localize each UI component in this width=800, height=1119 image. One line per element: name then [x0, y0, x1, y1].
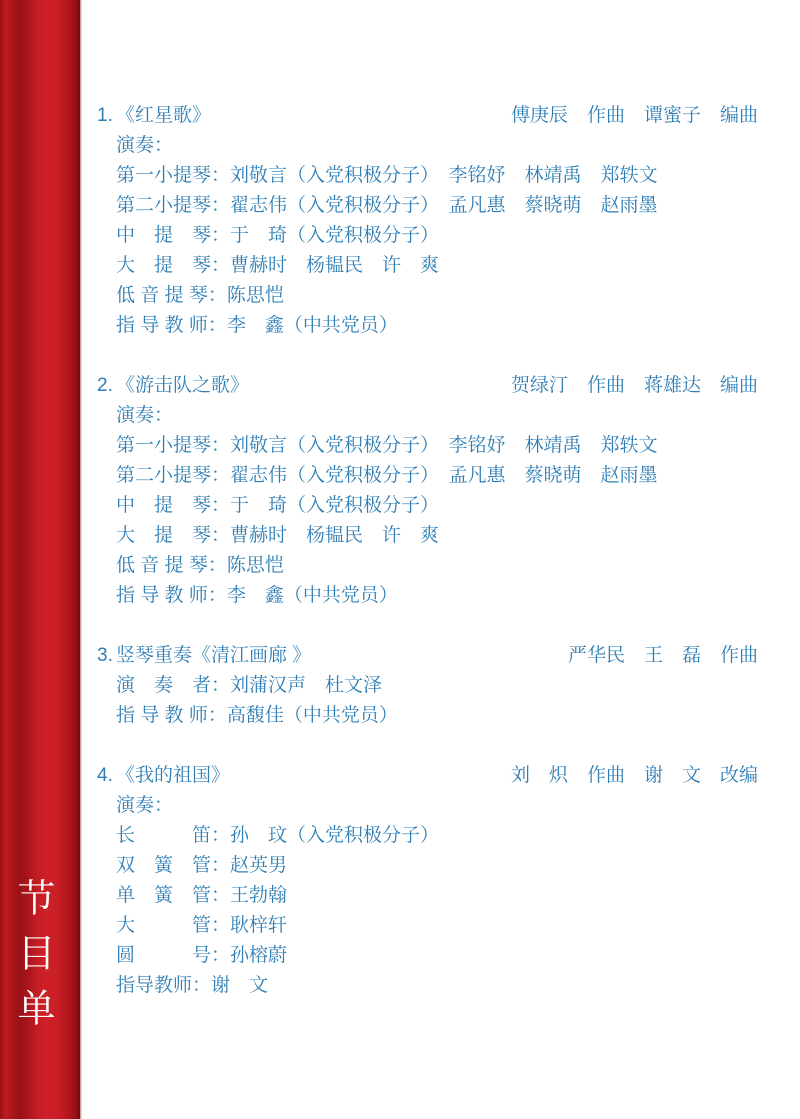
program-line: 中 提 琴：于 琦（入党积极分子） [116, 491, 758, 521]
item-title: 《游击队之歌》 [116, 371, 249, 401]
item-body: 演奏：第一小提琴：刘敬言（入党积极分子） 李铭妤 林靖禹 郑轶文第二小提琴：翟志… [97, 131, 758, 341]
item-number: 2. [97, 371, 116, 401]
program-list-vertical-title: 节目单 [13, 878, 51, 1043]
program-line: 演奏： [116, 791, 758, 821]
item-body: 演奏：第一小提琴：刘敬言（入党积极分子） 李铭妤 林靖禹 郑轶文第二小提琴：翟志… [97, 401, 758, 611]
item-number: 3. [97, 641, 116, 671]
red-curtain-banner: 节目单 [0, 0, 82, 1119]
program-line: 演 奏 者：刘蒲汉声 杜文泽 [116, 671, 758, 701]
item-composer-credit: 贺绿汀 作曲 蒋雄达 编曲 [511, 371, 758, 401]
item-title: 《我的祖国》 [116, 761, 230, 791]
program-line: 演奏： [116, 401, 758, 431]
program-line: 单 簧 管：王勃翰 [116, 881, 758, 911]
item-body: 演奏：长 笛：孙 玟（入党积极分子）双 簧 管：赵英男单 簧 管：王勃翰大 管：… [97, 791, 758, 1001]
program-line: 低 音 提 琴：陈思恺 [116, 551, 758, 581]
item-title: 竖琴重奏《清江画廊 》 [116, 641, 311, 671]
program-item: 4. 《我的祖国》 刘 炽 作曲 谢 文 改编 演奏：长 笛：孙 玟（入党积极分… [97, 761, 758, 1001]
program-line: 演奏： [116, 131, 758, 161]
program-line: 双 簧 管：赵英男 [116, 851, 758, 881]
program-line: 长 笛：孙 玟（入党积极分子） [116, 821, 758, 851]
program-item: 1. 《红星歌》 傅庚辰 作曲 谭蜜子 编曲 演奏：第一小提琴：刘敬言（入党积极… [97, 101, 758, 341]
item-number: 1. [97, 101, 116, 131]
concert-program-page: 节目单 1. 《红星歌》 傅庚辰 作曲 谭蜜子 编曲 演奏：第一小提琴：刘敬言（… [0, 0, 800, 1119]
program-line: 指 导 教 师：李 鑫（中共党员） [116, 581, 758, 611]
item-number: 4. [97, 761, 116, 791]
program-line: 大 提 琴：曹赫时 杨韫民 许 爽 [116, 521, 758, 551]
program-item-header: 1. 《红星歌》 傅庚辰 作曲 谭蜜子 编曲 [97, 101, 758, 131]
item-title: 《红星歌》 [116, 101, 211, 131]
item-body: 演 奏 者：刘蒲汉声 杜文泽指 导 教 师：高馥佳（中共党员） [97, 671, 758, 731]
item-composer-credit: 严华民 王 磊 作曲 [568, 641, 758, 671]
program-line: 圆 号：孙榕蔚 [116, 941, 758, 971]
program-line: 第一小提琴：刘敬言（入党积极分子） 李铭妤 林靖禹 郑轶文 [116, 431, 758, 461]
program-line: 指 导 教 师：李 鑫（中共党员） [116, 311, 758, 341]
program-line: 第一小提琴：刘敬言（入党积极分子） 李铭妤 林靖禹 郑轶文 [116, 161, 758, 191]
program-line: 第二小提琴：翟志伟（入党积极分子） 孟凡惠 蔡晓萌 赵雨墨 [116, 191, 758, 221]
program-line: 大 管：耿梓轩 [116, 911, 758, 941]
program-line: 第二小提琴：翟志伟（入党积极分子） 孟凡惠 蔡晓萌 赵雨墨 [116, 461, 758, 491]
program-list: 1. 《红星歌》 傅庚辰 作曲 谭蜜子 编曲 演奏：第一小提琴：刘敬言（入党积极… [97, 101, 758, 1031]
program-line: 低 音 提 琴：陈思恺 [116, 281, 758, 311]
program-item: 2. 《游击队之歌》 贺绿汀 作曲 蒋雄达 编曲 演奏：第一小提琴：刘敬言（入党… [97, 371, 758, 611]
program-item-header: 2. 《游击队之歌》 贺绿汀 作曲 蒋雄达 编曲 [97, 371, 758, 401]
program-line: 中 提 琴：于 琦（入党积极分子） [116, 221, 758, 251]
program-line: 大 提 琴：曹赫时 杨韫民 许 爽 [116, 251, 758, 281]
item-composer-credit: 傅庚辰 作曲 谭蜜子 编曲 [511, 101, 758, 131]
program-line: 指 导 教 师：高馥佳（中共党员） [116, 701, 758, 731]
program-item-header: 3. 竖琴重奏《清江画廊 》 严华民 王 磊 作曲 [97, 641, 758, 671]
program-item: 3. 竖琴重奏《清江画廊 》 严华民 王 磊 作曲 演 奏 者：刘蒲汉声 杜文泽… [97, 641, 758, 731]
program-line: 指导教师：谢 文 [116, 971, 758, 1001]
item-composer-credit: 刘 炽 作曲 谢 文 改编 [511, 761, 758, 791]
program-item-header: 4. 《我的祖国》 刘 炽 作曲 谢 文 改编 [97, 761, 758, 791]
